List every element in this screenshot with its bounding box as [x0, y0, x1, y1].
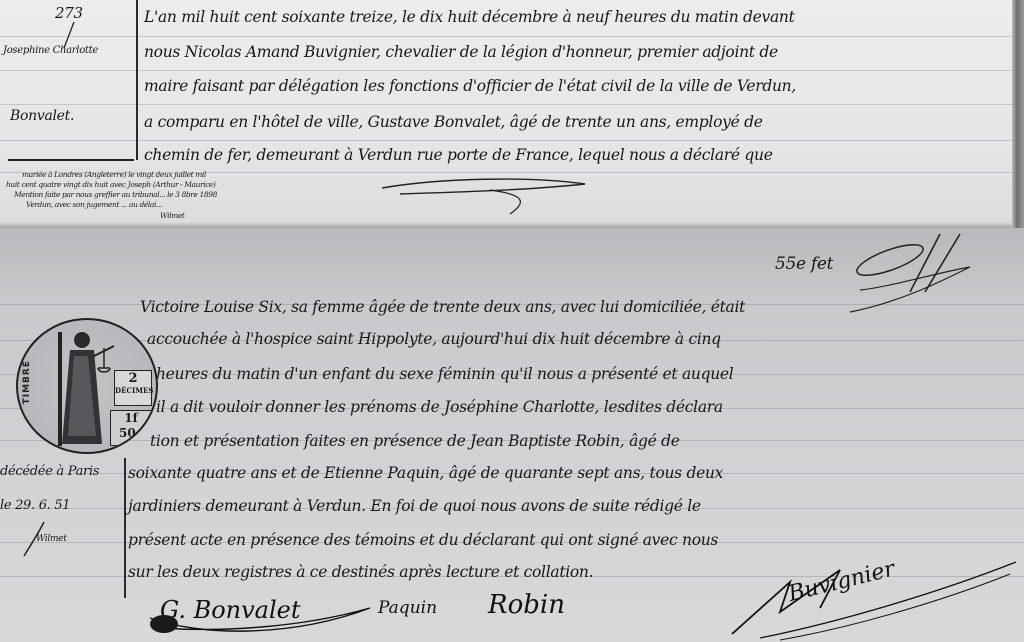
margin-name-line1: Josephine Charlotte	[3, 45, 98, 56]
revenue-stamp: TIMBRE 2 DÉCIMES 1f 50c	[16, 318, 158, 454]
lower-text-line-6: soixante quatre ans et de Etienne Paquin…	[128, 464, 723, 482]
stamp-value-top-number: 2	[128, 371, 137, 386]
upper-text-line-4: a comparu en l'hôtel de ville, Gustave B…	[144, 113, 763, 131]
lower-text-line-5: tion et présentation faites en présence …	[150, 432, 680, 450]
margin-underline	[8, 159, 134, 161]
ruled-line	[0, 36, 1012, 37]
stamp-value-bottom: 1f 50c	[110, 410, 152, 446]
stamp-value-top: 2 DÉCIMES	[114, 370, 152, 406]
lower-text-line-3: heures du matin d'un enfant du sexe fémi…	[156, 365, 733, 383]
lower-text-line-7: jardiniers demeurant à Verdun. En foi de…	[128, 497, 701, 515]
justice-figure-icon	[48, 326, 118, 448]
paraph-flourish	[380, 170, 590, 220]
lower-text-line-4: il a dit vouloir donner les prénoms de J…	[156, 398, 723, 416]
lower-text-line-1: Victoire Louise Six, sa femme âgée de tr…	[140, 298, 745, 316]
officer-signature-flourish	[720, 552, 1020, 642]
margin-name-line2: Bonvalet.	[10, 108, 74, 124]
lower-text-line-2: accouchée à l'hospice saint Hippolyte, a…	[147, 330, 721, 348]
paraph-flourish	[820, 232, 1000, 322]
ruled-line	[0, 70, 1012, 71]
signature-flourish	[140, 588, 380, 642]
upper-text-line-1: L'an mil huit cent soixante treize, le d…	[144, 8, 795, 26]
upper-text-line-3: maire faisant par délégation les fonctio…	[144, 77, 796, 95]
signature-witness-paquin: Paquin	[378, 598, 437, 618]
annotation-line-4: Verdun, avec son jugement ... au délai..…	[26, 200, 162, 209]
scanned-register-page: 273 Josephine Charlotte Bonvalet. L'an m…	[0, 0, 1024, 642]
margin-signature-stroke	[20, 520, 50, 560]
stamp-value-top-unit: DÉCIMES	[115, 386, 151, 395]
signature-witness-robin: Robin	[488, 590, 565, 620]
lower-text-line-9: sur les deux registres à ce destinés apr…	[128, 563, 593, 581]
upper-text-line-5: chemin de fer, demeurant à Verdun rue po…	[144, 146, 773, 164]
ruled-line	[0, 104, 1012, 105]
annotation-line-2: huit cent quatre vingt dix huit avec Jos…	[6, 180, 216, 189]
stamp-value-bottom-centimes: 50c	[119, 426, 143, 440]
stamp-label: TIMBRE	[22, 360, 32, 404]
margin-death-note-1: décédée à Paris	[0, 464, 99, 479]
upper-text-line-2: nous Nicolas Amand Buvignier, chevalier …	[144, 43, 778, 61]
lower-text-line-8: présent acte en présence des témoins et …	[128, 531, 718, 549]
stamp-value-bottom-francs: 1f	[124, 411, 138, 425]
page-edge	[1012, 0, 1024, 228]
margin-death-note-2: le 29. 6. 51	[0, 498, 70, 513]
margin-rule	[136, 0, 138, 160]
annotation-line-1: mariée à Londres (Angleterre) le vingt d…	[22, 170, 206, 179]
margin-rule	[124, 458, 126, 598]
annotation-line-3: Mention faite par nous greffier au tribu…	[14, 190, 217, 199]
upper-register-sheet: 273 Josephine Charlotte Bonvalet. L'an m…	[0, 0, 1012, 228]
ruled-line	[0, 140, 1012, 141]
annotation-line-5: Wilmet	[160, 211, 185, 220]
